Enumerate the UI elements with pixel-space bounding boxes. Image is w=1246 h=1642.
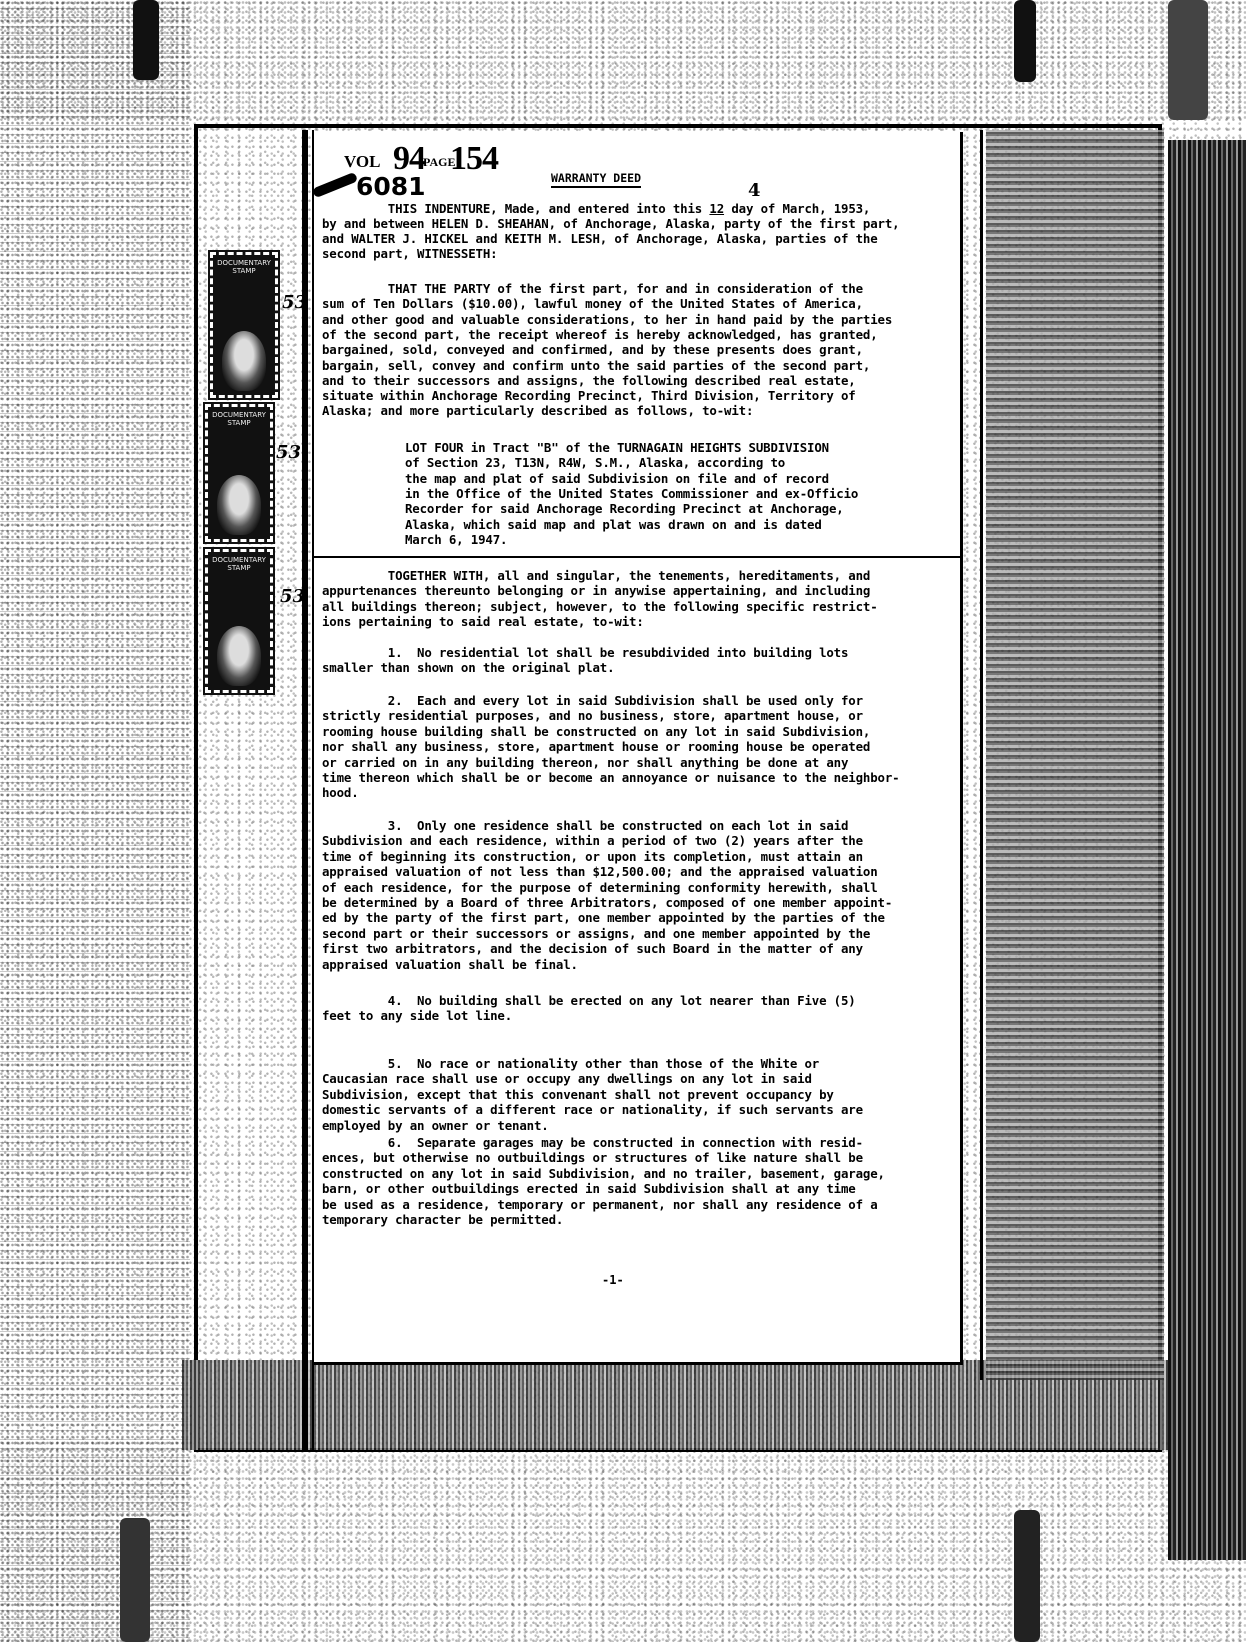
binder-clip-bottom-right [1014, 1510, 1040, 1642]
restriction-line: be used as a residence, temporary or per… [322, 1197, 878, 1212]
restriction-line: barn, or other outbuildings erected in s… [322, 1181, 856, 1196]
text-line: bargained, sold, conveyed and confirmed,… [322, 342, 863, 357]
restriction-line: 3. Only one residence shall be construct… [322, 818, 848, 833]
stamp-cancel-mark: 53 [280, 586, 305, 607]
intro-line: second part, WITNESSETH: [322, 246, 497, 261]
text-line: Recorder for said Anchorage Recording Pr… [405, 501, 844, 516]
document-title: WARRANTY DEED [551, 171, 641, 188]
text-line: TOGETHER WITH, all and singular, the ten… [322, 568, 870, 583]
stamp-portrait-icon [217, 475, 261, 535]
intro-line: by and between HELEN D. SHEAHAN, of Anch… [322, 216, 899, 231]
text-line: Alaska; and more particularly described … [322, 403, 753, 418]
intro-line: and WALTER J. HICKEL and KEITH M. LESH, … [322, 231, 878, 246]
restriction-line: 4. No building shall be erected on any l… [322, 993, 856, 1008]
restriction-line: be determined by a Board of three Arbitr… [322, 895, 892, 910]
restriction-line: 2. Each and every lot in said Subdivisio… [322, 693, 863, 708]
text-line: March 6, 1947. [405, 532, 507, 547]
binder-clip-bottom-left [120, 1518, 150, 1642]
restriction-line: employed by an owner or tenant. [322, 1118, 549, 1133]
restriction-line: 5. No race or nationality other than tho… [322, 1056, 819, 1071]
restriction-line: constructed on any lot in said Subdivisi… [322, 1166, 885, 1181]
restriction-line: ences, but otherwise no outbuildings or … [322, 1150, 863, 1165]
text-line: appurtenances thereunto belonging or in … [322, 583, 870, 598]
restriction-line: appraised valuation of not less than $12… [322, 864, 878, 879]
revenue-stamp: DOCUMENTARY STAMP [205, 549, 273, 693]
restriction-line: 6. Separate garages may be constructed i… [322, 1135, 863, 1150]
volume-label: VOL [344, 152, 381, 172]
text-line: situate within Anchorage Recording Preci… [322, 388, 856, 403]
text-line: sum of Ten Dollars ($10.00), lawful mone… [322, 296, 863, 311]
document-number: 6081 [356, 172, 426, 201]
binder-clip-top-left [133, 0, 159, 80]
left-margin-rule-thin [312, 130, 314, 1450]
intro-day: 12 [709, 201, 724, 216]
restriction-line: temporary character be permitted. [322, 1212, 563, 1227]
intro-line: THIS INDENTURE, Made, and entered into t… [322, 201, 870, 216]
revenue-stamp: DOCUMENTARY STAMP [210, 252, 278, 398]
stamp-label: DOCUMENTARY STAMP [215, 259, 273, 275]
revenue-stamp: DOCUMENTARY STAMP [205, 404, 273, 542]
restriction-line: time of beginning its construction, or u… [322, 849, 863, 864]
text-line: bargain, sell, convey and confirm unto t… [322, 358, 870, 373]
stamp-label: DOCUMENTARY STAMP [210, 411, 268, 427]
scan-right-gray [986, 130, 1164, 1380]
stamp-label: DOCUMENTARY STAMP [210, 556, 268, 572]
page-number: 154 [450, 140, 498, 178]
restriction-line: appraised valuation shall be final. [322, 957, 578, 972]
text-line: Alaska, which said map and plat was draw… [405, 517, 822, 532]
restriction-line: strictly residential purposes, and no bu… [322, 708, 863, 723]
text-line: the map and plat of said Subdivision on … [405, 471, 829, 486]
text-line: LOT FOUR in Tract "B" of the TURNAGAIN H… [405, 440, 829, 455]
text-line: and other good and valuable consideratio… [322, 312, 892, 327]
restriction-line: of each residence, for the purpose of de… [322, 880, 878, 895]
text-line: all buildings thereon; subject, however,… [322, 599, 878, 614]
scan-left-margin [0, 0, 190, 1642]
text-line: THAT THE PARTY of the first part, for an… [322, 281, 863, 296]
restriction-line: Caucasian race shall use or occupy any d… [322, 1071, 812, 1086]
handwritten-annotation: 4 [748, 180, 761, 201]
restriction-line: smaller than shown on the original plat. [322, 660, 614, 675]
stamp-portrait-icon [222, 331, 266, 391]
binder-edge-top-right [1168, 0, 1208, 120]
restriction-line: ed by the party of the first part, one m… [322, 910, 885, 925]
scan-right-edge [1168, 140, 1246, 1560]
restriction-line: Subdivision and each residence, within a… [322, 833, 863, 848]
page-indicator: -1- [602, 1273, 624, 1287]
section-divider [314, 556, 960, 558]
stamp-portrait-icon [217, 626, 261, 686]
text-line: in the Office of the United States Commi… [405, 486, 858, 501]
left-margin-rule [302, 130, 308, 1450]
restriction-line: domestic servants of a different race or… [322, 1102, 863, 1117]
stamp-cancel-mark: 53 [276, 442, 301, 463]
text-line: of Section 23, T13N, R4W, S.M., Alaska, … [405, 455, 785, 470]
restriction-line: rooming house building shall be construc… [322, 724, 870, 739]
restriction-line: 1. No residential lot shall be resubdivi… [322, 645, 848, 660]
restriction-line: feet to any side lot line. [322, 1008, 512, 1023]
restriction-line: second part or their successors or assig… [322, 926, 870, 941]
right-margin-rule [980, 130, 983, 1380]
restriction-line: or carried on in any building thereon, n… [322, 755, 848, 770]
text-line: ions pertaining to said real estate, to-… [322, 614, 644, 629]
restriction-line: first two arbitrators, and the decision … [322, 941, 863, 956]
text-line: of the second part, the receipt whereof … [322, 327, 878, 342]
binder-clip-top-right [1014, 0, 1036, 82]
restriction-line: time thereon which shall be or become an… [322, 770, 899, 785]
stamp-cancel-mark: 53 [282, 292, 307, 313]
text-line: and to their successors and assigns, the… [322, 373, 856, 388]
restriction-line: Subdivision, except that this convenant … [322, 1087, 834, 1102]
restriction-line: nor shall any business, store, apartment… [322, 739, 870, 754]
restriction-line: hood. [322, 785, 359, 800]
